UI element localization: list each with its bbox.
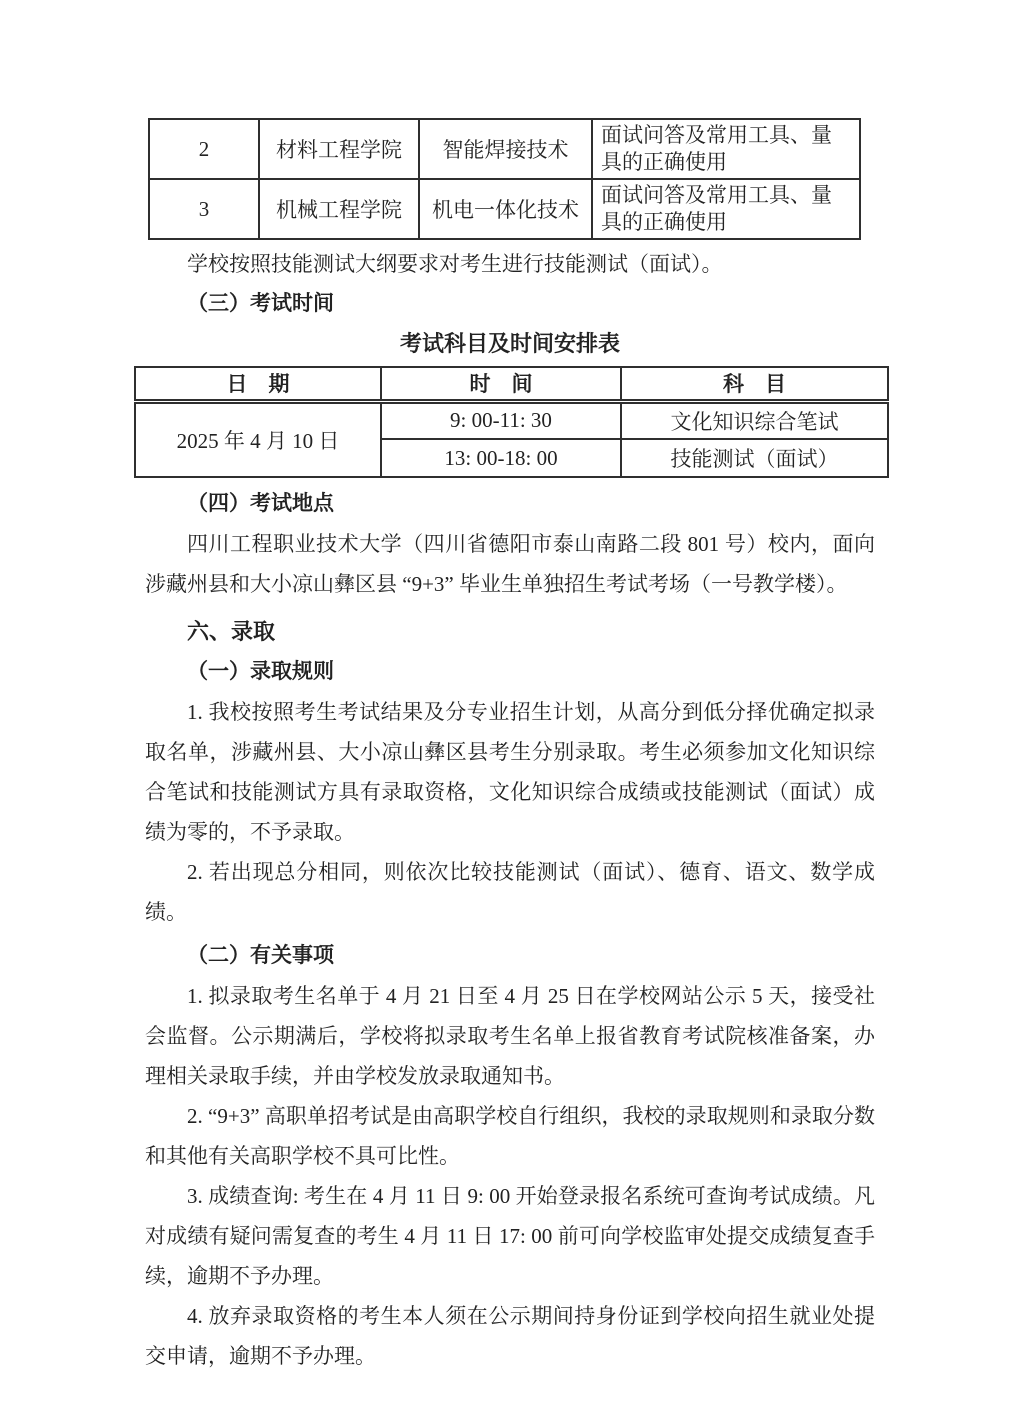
schedule-subject-cell: 文化知识综合笔试 — [621, 401, 888, 439]
schedule-table: 日 期 时 间 科 目 2025 年 4 月 10 日 9: 00-11: 30… — [134, 366, 889, 478]
cell-test-content: 面试问答及常用工具、量具的正确使用 — [592, 119, 860, 179]
cell-major-name: 智能焊接技术 — [419, 119, 592, 179]
admission-rule-paragraph: 1. 我校按照考生考试结果及分专业招生计划，从高分到低分择优确定拟录取名单，涉藏… — [145, 692, 875, 852]
document-content: 2 材料工程学院 智能焊接技术 面试问答及常用工具、量具的正确使用 3 机械工程… — [0, 0, 1009, 1376]
admission-matter-paragraph: 1. 拟录取考生名单于 4 月 21 日至 4 月 25 日在学校网站公示 5 … — [145, 976, 875, 1096]
schedule-time-cell: 9: 00-11: 30 — [381, 401, 621, 439]
admission-rule-paragraph: 2. 若出现总分相同，则依次比较技能测试（面试）、德育、语文、数学成绩。 — [145, 852, 875, 932]
schedule-header-row: 日 期 时 间 科 目 — [135, 367, 888, 401]
cell-major-name: 机电一体化技术 — [419, 179, 592, 239]
majors-table-row: 3 机械工程学院 机电一体化技术 面试问答及常用工具、量具的正确使用 — [149, 179, 860, 239]
cell-test-content: 面试问答及常用工具、量具的正确使用 — [592, 179, 860, 239]
cell-college-name: 材料工程学院 — [259, 119, 419, 179]
schedule-time-cell: 13: 00-18: 00 — [381, 439, 621, 477]
admission-matters-heading: （二）有关事项 — [145, 936, 875, 976]
exam-place-paragraph: 四川工程职业技术大学（四川省德阳市泰山南路二段 801 号）校内，面向涉藏州县和… — [145, 524, 875, 604]
section-admission-heading: 六、录取 — [145, 612, 875, 652]
section-exam-place-heading: （四）考试地点 — [145, 484, 875, 524]
majors-table-row: 2 材料工程学院 智能焊接技术 面试问答及常用工具、量具的正确使用 — [149, 119, 860, 179]
schedule-row: 2025 年 4 月 10 日 9: 00-11: 30 文化知识综合笔试 — [135, 401, 888, 439]
schedule-subject-cell: 技能测试（面试） — [621, 439, 888, 477]
section-exam-time-heading: （三）考试时间 — [145, 284, 875, 324]
schedule-date-cell: 2025 年 4 月 10 日 — [135, 401, 381, 477]
skill-test-note: 学校按照技能测试大纲要求对考生进行技能测试（面试）。 — [145, 244, 875, 284]
cell-row-number: 2 — [149, 119, 259, 179]
document-page: 2 材料工程学院 智能焊接技术 面试问答及常用工具、量具的正确使用 3 机械工程… — [0, 0, 1009, 1423]
cell-row-number: 3 — [149, 179, 259, 239]
schedule-table-title: 考试科目及时间安排表 — [145, 324, 875, 364]
admission-matter-paragraph: 3. 成绩查询: 考生在 4 月 11 日 9: 00 开始登录报名系统可查询考… — [145, 1176, 875, 1296]
schedule-header-time: 时 间 — [381, 367, 621, 401]
schedule-header-date: 日 期 — [135, 367, 381, 401]
admission-matter-paragraph: 2. “9+3” 高职单招考试是由高职学校自行组织，我校的录取规则和录取分数和其… — [145, 1096, 875, 1176]
majors-table: 2 材料工程学院 智能焊接技术 面试问答及常用工具、量具的正确使用 3 机械工程… — [148, 118, 861, 240]
schedule-header-subject: 科 目 — [621, 367, 888, 401]
cell-college-name: 机械工程学院 — [259, 179, 419, 239]
admission-rules-heading: （一）录取规则 — [145, 652, 875, 692]
admission-matter-paragraph: 4. 放弃录取资格的考生本人须在公示期间持身份证到学校向招生就业处提交申请，逾期… — [145, 1296, 875, 1376]
